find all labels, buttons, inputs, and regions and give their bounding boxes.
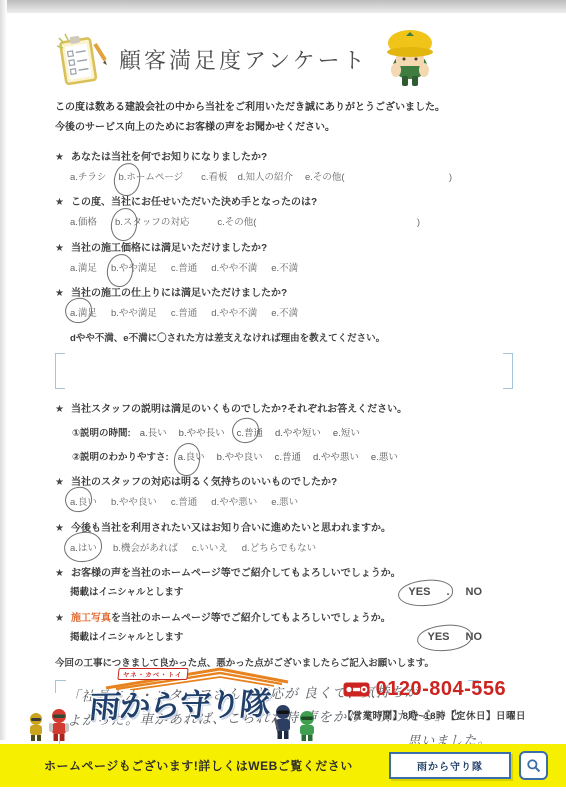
q5-sub1-option-d: d.やや短い	[275, 425, 321, 439]
q7-option-a-circled: a.はい	[70, 540, 97, 554]
q5-sub1-option-a: a.長い	[140, 425, 167, 439]
q4-option-d: d.やや不満	[211, 305, 257, 319]
q8-title: お客様の声を当社のホームページ等でご紹介してもよろしいでしょうか。	[71, 564, 401, 579]
clipboard-pencil-icon	[55, 30, 107, 88]
search-button	[519, 751, 548, 780]
q2-paren-close: )	[417, 217, 420, 228]
q8-no: NO	[466, 586, 483, 598]
q5-sub2-option-a-circled: a.良い	[178, 449, 205, 463]
q7-options: a.はい b.機会があれば c.いいえ d.どちらでもない	[55, 540, 452, 554]
q4-option-b: b.やや満足	[111, 305, 157, 319]
logo-subtitle: ヤネ・カベ・トイ	[117, 668, 188, 680]
q4-title: 当社の施工の仕上りには満足いただけましたか?	[71, 284, 287, 299]
q5-sub2-option-e: e.悪い	[371, 449, 398, 463]
ranger-mascots-right-icon	[272, 704, 318, 742]
search-keyword-box: 雨から守り隊	[389, 752, 511, 779]
q5-sub1-options: ①説明の時間: a.長い b.やや長い c.普通 d.やや短い e.短い	[55, 425, 517, 439]
q9-title-highlight: 施工写真	[71, 613, 111, 624]
worker-mascot-icon	[382, 28, 438, 90]
q1-option-d: d.知人の紹介	[238, 169, 293, 183]
q5-sub1-option-c-circled: c.普通	[237, 425, 263, 439]
q3-option-c: c.普通	[171, 260, 197, 274]
page-title: 顧客満足度アンケート	[119, 44, 368, 75]
star-icon: ★	[55, 523, 64, 534]
question-3: ★ 当社の施工価格には満足いただけましたか? a.満足 b.やや満足 c.普通 …	[55, 239, 517, 274]
contact-info: 0120-804-556 【営業時間】8時~18時【定休日】日曜日	[343, 678, 526, 722]
q2-title: この度、当社にお任せいただいた決め手となったのは?	[71, 193, 317, 208]
q5-sub2-option-c: c.普通	[275, 449, 301, 463]
magnifier-icon	[526, 758, 541, 773]
ranger-mascots-left-icon	[26, 708, 70, 742]
question-2: ★ この度、当社にお任せいただいた決め手となったのは? a.価格 b.スタッフの…	[55, 193, 517, 228]
q4-options: a.満足 b.やや満足 c.普通 d.やや不満 e.不満	[55, 305, 452, 319]
q6-option-e: e.悪い	[271, 494, 298, 508]
q1-option-b-circled: b.ホームページ	[118, 169, 183, 183]
star-icon: ★	[55, 613, 64, 624]
q2-option-b-circled: b.スタッフの対応	[115, 214, 189, 228]
question-1: ★ あなたは当社を何でお知りになりましたか? a.チラシ b.ホームページ c.…	[55, 148, 517, 183]
header: 顧客満足度アンケート	[55, 28, 517, 90]
q1-option-a: a.チラシ	[70, 169, 106, 183]
intro-line-2: 今後のサービス向上のためにお客様の声をお聞かせください。	[55, 118, 517, 138]
q5-sub1-option-e: e.短い	[333, 425, 360, 439]
q6-options: a.良い b.やや良い c.普通 d.やや悪い e.悪い	[55, 494, 452, 508]
q1-option-e: e.その他(	[305, 169, 345, 183]
q2-options: a.価格 b.スタッフの対応 c.その他( )	[55, 214, 420, 228]
q6-option-c: c.普通	[171, 494, 197, 508]
q4-reason-note: dやや不満、e不満に〇された方は差支えなければ理由を教えてください。	[55, 330, 517, 344]
question-4: ★ 当社の施工の仕上りには満足いただけましたか? a.満足 b.やや満足 c.普…	[55, 284, 517, 389]
q5-sub2-option-d: d.やや悪い	[313, 449, 359, 463]
reason-answer-box	[55, 353, 513, 389]
q3-option-d: d.やや不満	[211, 260, 257, 274]
intro-line-1: この度は数ある建設会社の中から当社をご利用いただき誠にありがとうございました。	[55, 98, 517, 118]
phone-number: 0120-804-556	[376, 678, 507, 701]
intro-text: この度は数ある建設会社の中から当社をご利用いただき誠にありがとうございました。 …	[55, 98, 517, 137]
q2-option-a: a.価格	[70, 214, 97, 228]
free-dial-icon	[343, 682, 370, 697]
q4-option-e: e.不満	[271, 305, 298, 319]
q7-option-b: b.機会があれば	[113, 540, 178, 554]
question-6: ★ 当社のスタッフの対応は明るく気持ちのいいものでしたか? a.良い b.やや良…	[55, 473, 517, 508]
q6-option-d: d.やや悪い	[211, 494, 257, 508]
q1-option-c: c.看板	[201, 169, 227, 183]
star-icon: ★	[55, 477, 64, 488]
q3-option-e: e.不満	[271, 260, 298, 274]
q3-title: 当社の施工価格には満足いただけましたか?	[71, 239, 267, 254]
question-5: ★ 当社スタッフの説明は満足のいくものでしたか?それぞれお答えください。 ①説明…	[55, 400, 517, 463]
star-icon: ★	[55, 152, 64, 163]
q7-title: 今後も当社を利用されたい又はお知り合いに進めたいと思われますか。	[71, 519, 391, 534]
q9-title-rest: を当社のホームページ等でご紹介してもよろしいでしょうか。	[111, 613, 391, 624]
q5-sub2-options: ②説明のわかりやすさ: a.良い b.やや良い c.普通 d.やや悪い e.悪い	[55, 449, 517, 463]
scan-edge-left	[0, 0, 7, 740]
q6-option-a-circled: a.良い	[70, 494, 97, 508]
star-icon: ★	[55, 197, 64, 208]
q5-title: 当社スタッフの説明は満足のいくものでしたか?それぞれお答えください。	[71, 400, 407, 415]
scan-edge-top	[0, 0, 566, 13]
q3-option-a: a.満足	[70, 260, 97, 274]
scanned-survey-page: 顧客満足度アンケート この度は数ある建設会社の中から当社をご利用いただき誠にあり…	[0, 0, 566, 800]
star-icon: ★	[55, 288, 64, 299]
q6-option-b: b.やや良い	[111, 494, 157, 508]
footer: ヤネ・カベ・トイ 雨から守り隊 0120-804-556 【営業時間】8	[0, 672, 566, 800]
q9-no: NO	[466, 631, 483, 643]
q4-option-a-circled: a.満足	[70, 305, 97, 319]
question-7: ★ 今後も当社を利用されたい又はお知り合いに進めたいと思われますか。 a.はい …	[55, 519, 517, 554]
q2-option-c: c.その他(	[217, 214, 256, 228]
q5-sub2-option-b: b.やや良い	[217, 449, 263, 463]
q7-option-d: d.どちらでもない	[242, 540, 316, 554]
q1-options: a.チラシ b.ホームページ c.看板 d.知人の紹介 e.その他( )	[55, 169, 452, 183]
q8-answer-row: 掲載はイニシャルとします YES . NO	[55, 584, 510, 598]
q7-option-c: c.いいえ	[192, 540, 228, 554]
q9-note: 掲載はイニシャルとします	[70, 629, 183, 643]
q9-answer-row: 掲載はイニシャルとします YES NO	[55, 629, 510, 643]
banner-text: ホームページもございます!詳しくはWEBご覧ください	[44, 757, 353, 774]
q8-yes-circled: YES	[408, 586, 430, 598]
q3-option-b-circled: b.やや満足	[111, 260, 157, 274]
star-icon: ★	[55, 243, 64, 254]
star-icon: ★	[55, 568, 64, 579]
q1-paren-close: )	[449, 172, 452, 183]
web-banner: ホームページもございます!詳しくはWEBご覧ください 雨から守り隊	[0, 744, 566, 787]
q3-options: a.満足 b.やや満足 c.普通 d.やや不満 e.不満	[55, 260, 452, 274]
logo-main-text: 雨から守り隊	[87, 678, 272, 726]
question-8: ★ お客様の声を当社のホームページ等でご紹介してもよろしいでしょうか。 掲載はイ…	[55, 564, 517, 598]
q6-title: 当社のスタッフの対応は明るく気持ちのいいものでしたか?	[71, 473, 337, 488]
star-icon: ★	[55, 404, 64, 415]
brand-row: ヤネ・カベ・トイ 雨から守り隊 0120-804-556 【営業時間】8	[26, 672, 546, 746]
business-hours: 【営業時間】8時~18時【定休日】日曜日	[343, 708, 526, 722]
q5-sub1-label: ①説明の時間:	[72, 425, 131, 439]
q5-sub2-label: ②説明のわかりやすさ:	[72, 449, 169, 463]
q5-sub1-option-b: b.やや長い	[179, 425, 225, 439]
question-9: ★ 施工写真を当社のホームページ等でご紹介してもよろしいでしょうか。 掲載はイニ…	[55, 609, 517, 643]
q9-yes-circled: YES	[427, 631, 449, 643]
yes-no-separator: .	[446, 586, 449, 598]
q4-option-c: c.普通	[171, 305, 197, 319]
q1-title: あなたは当社を何でお知りになりましたか?	[71, 148, 267, 163]
q8-note: 掲載はイニシャルとします	[70, 584, 183, 598]
